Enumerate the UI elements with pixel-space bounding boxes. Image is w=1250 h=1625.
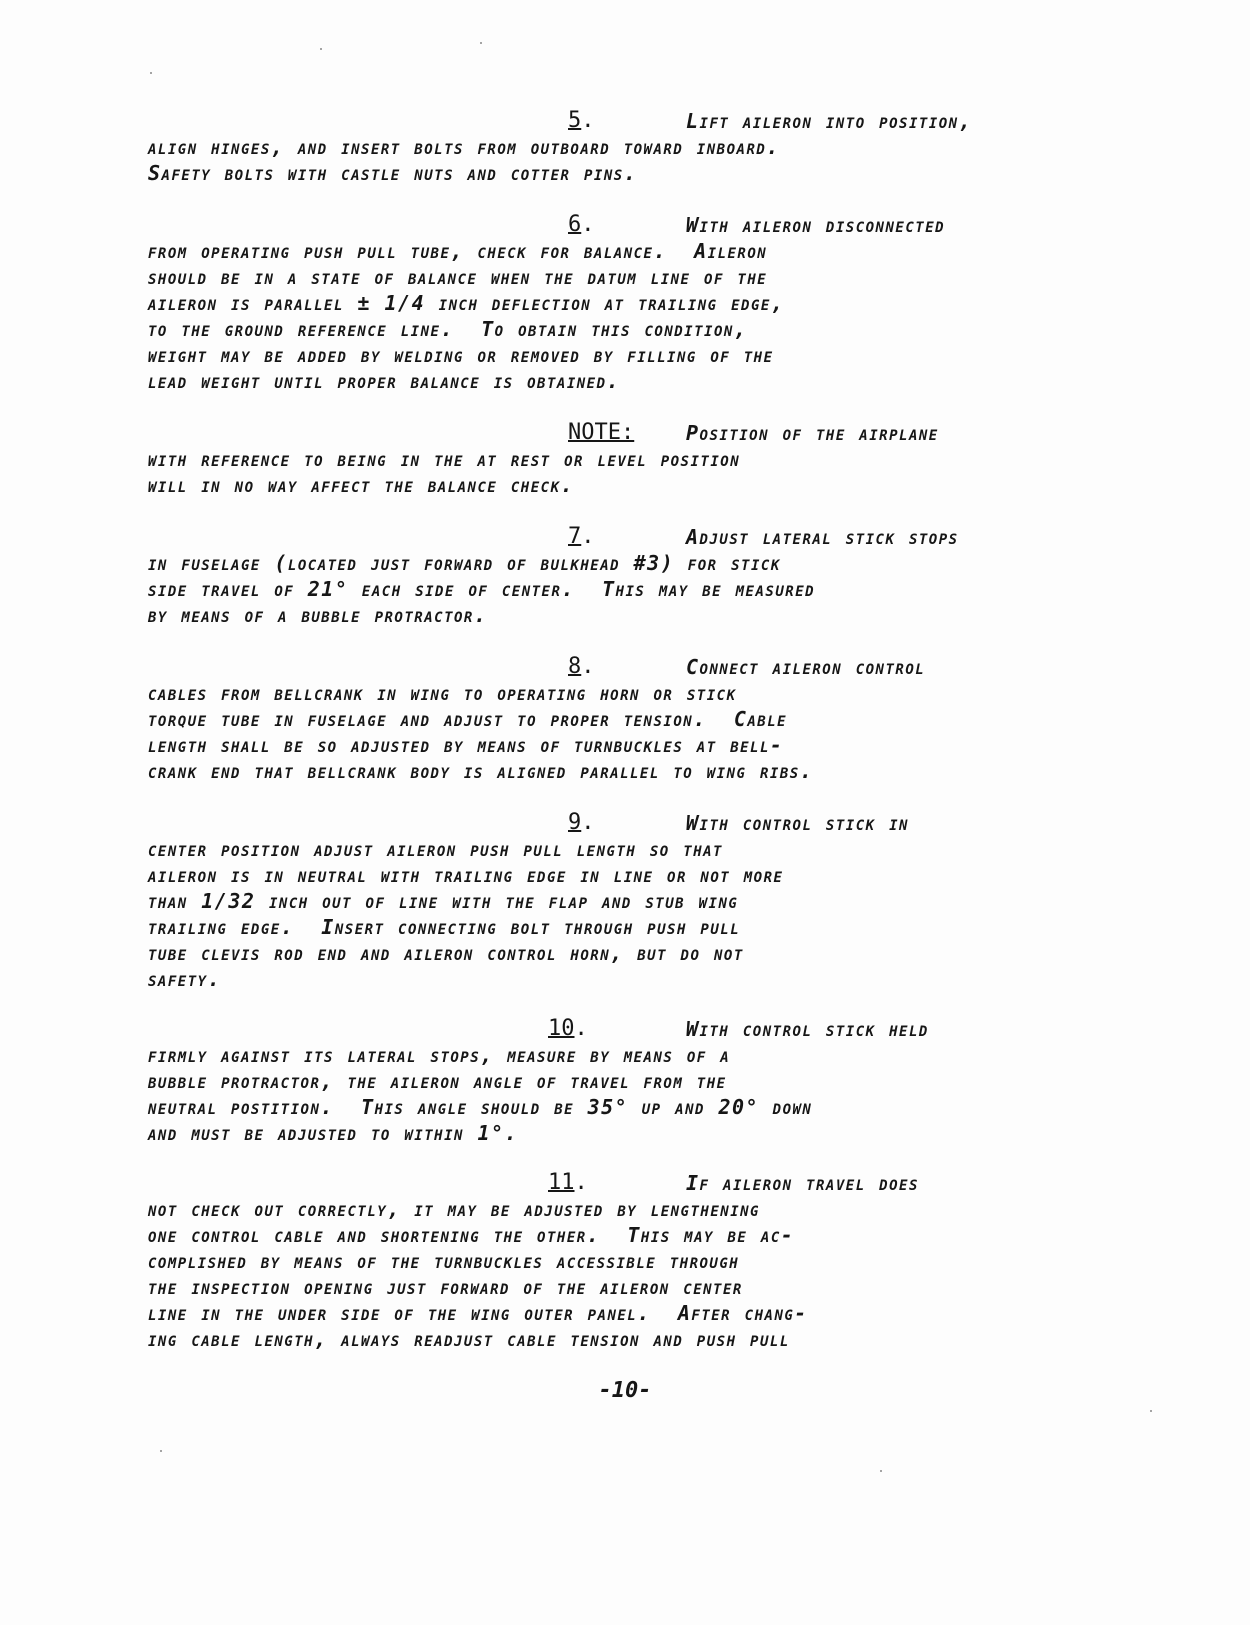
section-line: ing cable length, always readjust cable … bbox=[148, 1326, 1108, 1352]
section-number: 5. bbox=[568, 108, 595, 134]
section-line: the inspection opening just forward of t… bbox=[148, 1274, 1108, 1300]
section-line: from operating push pull tube, check for… bbox=[148, 238, 1108, 264]
section-9: 9. With control stick in center position… bbox=[148, 810, 1108, 992]
scan-speck bbox=[1150, 1410, 1152, 1412]
section-line: and must be adjusted to within 1°. bbox=[148, 1120, 1108, 1146]
note-label: NOTE: bbox=[568, 420, 634, 446]
page-number: -10- bbox=[0, 1378, 1250, 1403]
section-line: tube clevis rod end and aileron control … bbox=[148, 940, 1108, 966]
section-line: torque tube in fuselage and adjust to pr… bbox=[148, 706, 1108, 732]
section-line: by means of a bubble protractor. bbox=[148, 602, 1108, 628]
document-page: 5. Lift aileron into position, align hin… bbox=[0, 0, 1250, 1625]
section-line: Safety bolts with castle nuts and cotter… bbox=[148, 160, 1108, 186]
section-line: length shall be so adjusted by means of … bbox=[148, 732, 1108, 758]
section-line: cables from bellcrank in wing to operati… bbox=[148, 680, 1108, 706]
scan-speck bbox=[320, 48, 322, 50]
section-10: 10. With control stick held firmly again… bbox=[148, 1016, 1108, 1146]
section-6: 6. With aileron disconnected from operat… bbox=[148, 212, 1108, 394]
section-line: in fuselage (located just forward of bul… bbox=[148, 550, 1108, 576]
section-line: aileron is parallel ± 1/4 inch deflectio… bbox=[148, 290, 1108, 316]
section-lead: Adjust lateral stick stops bbox=[686, 524, 959, 550]
section-line: will in no way affect the balance check. bbox=[148, 472, 1108, 498]
section-lead: Lift aileron into position, bbox=[686, 108, 972, 134]
section-11: 11. If aileron travel does not check out… bbox=[148, 1170, 1108, 1352]
section-line: bubble protractor, the aileron angle of … bbox=[148, 1068, 1108, 1094]
section-line: with reference to being in the at rest o… bbox=[148, 446, 1108, 472]
section-line: side travel of 21° each side of center. … bbox=[148, 576, 1108, 602]
section-line: weight may be added by welding or remove… bbox=[148, 342, 1108, 368]
section-line: trailing edge. Insert connecting bolt th… bbox=[148, 914, 1108, 940]
section-5: 5. Lift aileron into position, align hin… bbox=[148, 108, 1108, 186]
section-line: one control cable and shortening the oth… bbox=[148, 1222, 1108, 1248]
section-line: lead weight until proper balance is obta… bbox=[148, 368, 1108, 394]
section-line: aileron is in neutral with trailing edge… bbox=[148, 862, 1108, 888]
section-note: NOTE: Position of the airplane with refe… bbox=[148, 420, 1108, 498]
section-number: 10. bbox=[548, 1016, 588, 1042]
section-8: 8. Connect aileron control cables from b… bbox=[148, 654, 1108, 784]
section-line: complished by means of the turnbuckles a… bbox=[148, 1248, 1108, 1274]
scan-speck bbox=[160, 1450, 162, 1452]
scan-speck bbox=[880, 1470, 882, 1472]
scan-speck bbox=[480, 42, 482, 44]
section-line: crank end that bellcrank body is aligned… bbox=[148, 758, 1108, 784]
section-lead: Connect aileron control bbox=[686, 654, 925, 680]
section-lead: With aileron disconnected bbox=[686, 212, 945, 238]
section-line: safety. bbox=[148, 966, 1108, 992]
section-line: firmly against its lateral stops, measur… bbox=[148, 1042, 1108, 1068]
section-line: center position adjust aileron push pull… bbox=[148, 836, 1108, 862]
section-line: align hinges, and insert bolts from outb… bbox=[148, 134, 1108, 160]
section-line: not check out correctly, it may be adjus… bbox=[148, 1196, 1108, 1222]
section-number: 7. bbox=[568, 524, 595, 550]
section-7: 7. Adjust lateral stick stops in fuselag… bbox=[148, 524, 1108, 628]
section-number: 9. bbox=[568, 810, 595, 836]
section-lead: Position of the airplane bbox=[686, 420, 939, 446]
section-lead: If aileron travel does bbox=[686, 1170, 919, 1196]
section-line: to the ground reference line. To obtain … bbox=[148, 316, 1108, 342]
section-lead: With control stick in bbox=[686, 810, 909, 836]
section-line: than 1/32 inch out of line with the flap… bbox=[148, 888, 1108, 914]
section-line: should be in a state of balance when the… bbox=[148, 264, 1108, 290]
section-number: 8. bbox=[568, 654, 595, 680]
section-line: line in the under side of the wing outer… bbox=[148, 1300, 1108, 1326]
section-line: neutral postition. This angle should be … bbox=[148, 1094, 1108, 1120]
section-number: 11. bbox=[548, 1170, 588, 1196]
scan-speck bbox=[150, 72, 152, 74]
section-lead: With control stick held bbox=[686, 1016, 929, 1042]
section-number: 6. bbox=[568, 212, 595, 238]
